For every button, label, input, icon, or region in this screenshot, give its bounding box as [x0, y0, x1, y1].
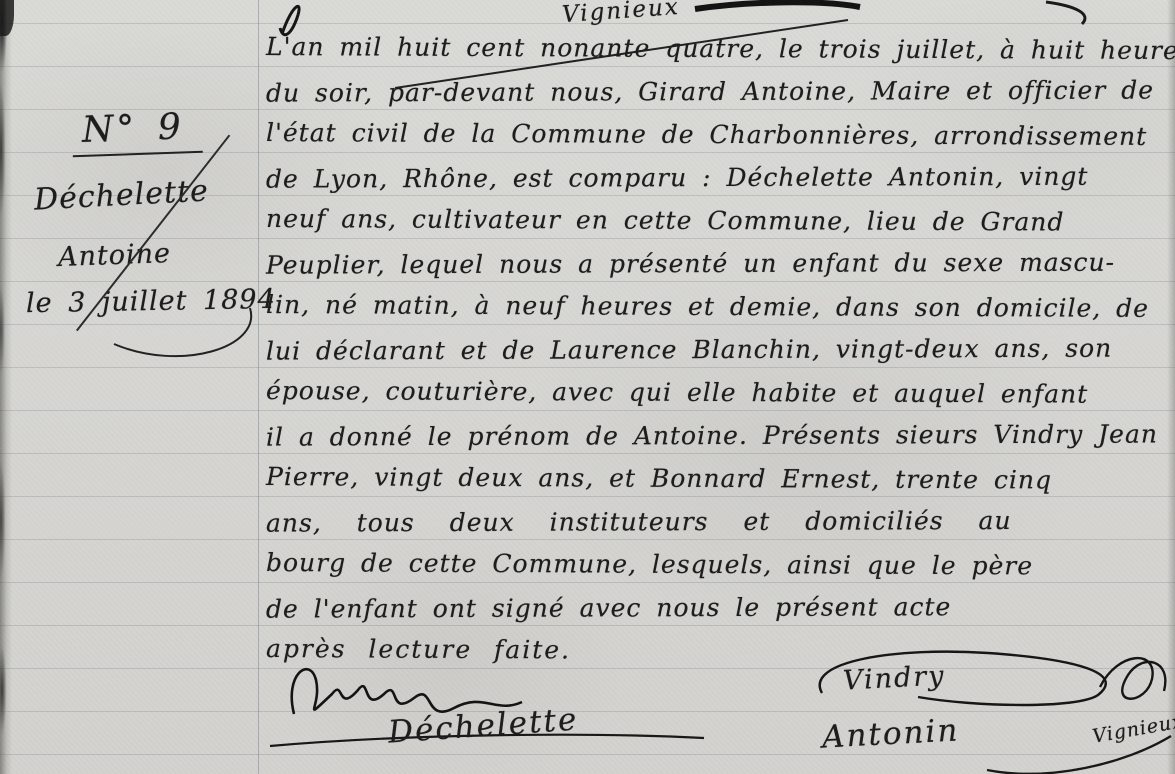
act-number: N° 9 — [71, 106, 202, 158]
margin-date: le 3 juillet 1894 — [26, 284, 276, 319]
previous-act-signature: Vignieux — [561, 0, 680, 28]
civil-registry-page: Vignieux N° 9 Déchelette Antoine le 3 ju… — [0, 0, 1175, 774]
act-text-line: de l'enfant ont signé avec nous le prése… — [266, 591, 1171, 637]
act-text-line: lui déclarant et de Laurence Blanchin, v… — [266, 333, 1171, 379]
act-text-line: Pierre, vingt deux ans, et Bonnard Ernes… — [266, 462, 1171, 509]
act-text-line: du soir, par-devant nous, Girard Antoine… — [266, 75, 1171, 121]
binding-edge — [0, 0, 12, 774]
act-text-line: ans, tous deux instituteurs et domicilié… — [266, 505, 1171, 551]
signature-dechelette: Déchelette — [387, 701, 579, 750]
act-body: L'an mil huit cent nonante quatre, le tr… — [266, 34, 1171, 679]
act-text-line: lin, né matin, à neuf heures et demie, d… — [266, 290, 1171, 337]
margin-given-name: Antoine — [57, 238, 171, 273]
act-text-line: l'état civil de la Commune de Charbonniè… — [266, 118, 1171, 165]
margin-vertical-rule — [258, 0, 259, 774]
signature-antonin: Antonin — [821, 712, 960, 755]
signature-vignieux: Vignieux — [1091, 710, 1175, 748]
act-text-line: après lecture faite. — [266, 634, 1171, 681]
signature-vindry: Vindry — [842, 660, 946, 696]
act-text-line: épouse, couturière, avec qui elle habite… — [266, 376, 1171, 423]
act-text-line: neuf ans, cultivateur en cette Commune, … — [266, 204, 1171, 251]
act-text-line: bourg de cette Commune, lesquels, ainsi … — [266, 548, 1171, 595]
act-text-line: Peuplier, lequel nous a présenté un enfa… — [266, 247, 1171, 293]
act-text-line: L'an mil huit cent nonante quatre, le tr… — [266, 32, 1171, 79]
act-text-line: il a donné le prénom de Antoine. Présent… — [266, 419, 1171, 465]
act-text-line: de Lyon, Rhône, est comparu : Déchelette… — [266, 161, 1171, 207]
